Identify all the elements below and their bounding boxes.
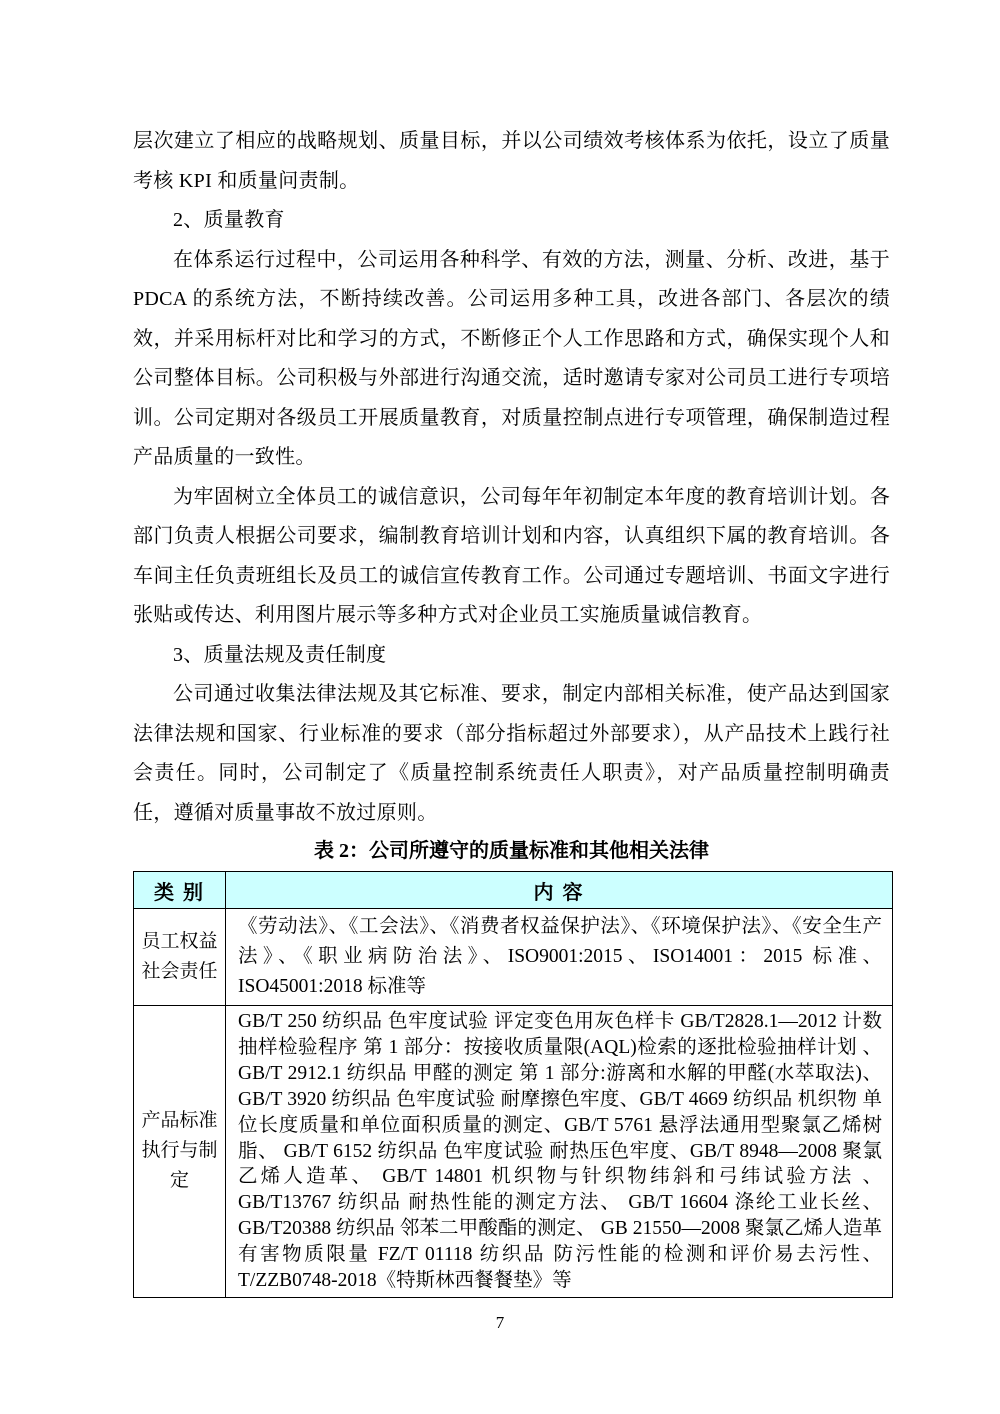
table-title: 表 2：公司所遵守的质量标准和其他相关法律 [133,836,890,866]
paragraph-quality-regulations: 公司通过收集法律法规及其它标准、要求，制定内部相关标准，使产品达到国家法律法规和… [133,675,890,833]
table-header-row: 类 别 内 容 [134,872,893,909]
paragraph-integrity-training: 为牢固树立全体员工的诚信意识，公司每年年初制定本年度的教育培训计划。各部门负责人… [133,478,890,636]
document-page: 层次建立了相应的战略规划、质量目标，并以公司绩效考核体系为依托，设立了质量考核 … [0,0,1000,1414]
table-row: 产品标准 执行与制 定 GB/T 250 纺织品 色牢度试验 评定变色用灰色样卡… [134,1006,893,1298]
section-heading-quality-regulations: 3、质量法规及责任制度 [133,636,890,676]
content-cell-employee-rights: 《劳动法》、《工会法》、《消费者权益保护法》、《环境保护法》、《安全生产法》、《… [226,909,893,1006]
quality-standards-table: 类 别 内 容 员工权益 社会责任 《劳动法》、《工会法》、《消费者权益保护法》… [133,871,893,1298]
paragraph-continuation: 层次建立了相应的战略规划、质量目标，并以公司绩效考核体系为依托，设立了质量考核 … [133,122,890,201]
paragraph-quality-education: 在体系运行过程中，公司运用各种科学、有效的方法，测量、分析、改进，基于 PDCA… [133,241,890,478]
content-cell-product-standards: GB/T 250 纺织品 色牢度试验 评定变色用灰色样卡 GB/T2828.1—… [226,1006,893,1298]
header-cell-category: 类 别 [134,872,226,909]
header-cell-content: 内 容 [226,872,893,909]
document-content: 层次建立了相应的战略规划、质量目标，并以公司绩效考核体系为依托，设立了质量考核 … [133,122,890,1298]
table-row: 员工权益 社会责任 《劳动法》、《工会法》、《消费者权益保护法》、《环境保护法》… [134,909,893,1006]
category-cell-employee-rights: 员工权益 社会责任 [134,909,226,1006]
category-cell-product-standards: 产品标准 执行与制 定 [134,1006,226,1298]
section-heading-quality-education: 2、质量教育 [133,201,890,241]
page-number: 7 [0,1313,1000,1333]
